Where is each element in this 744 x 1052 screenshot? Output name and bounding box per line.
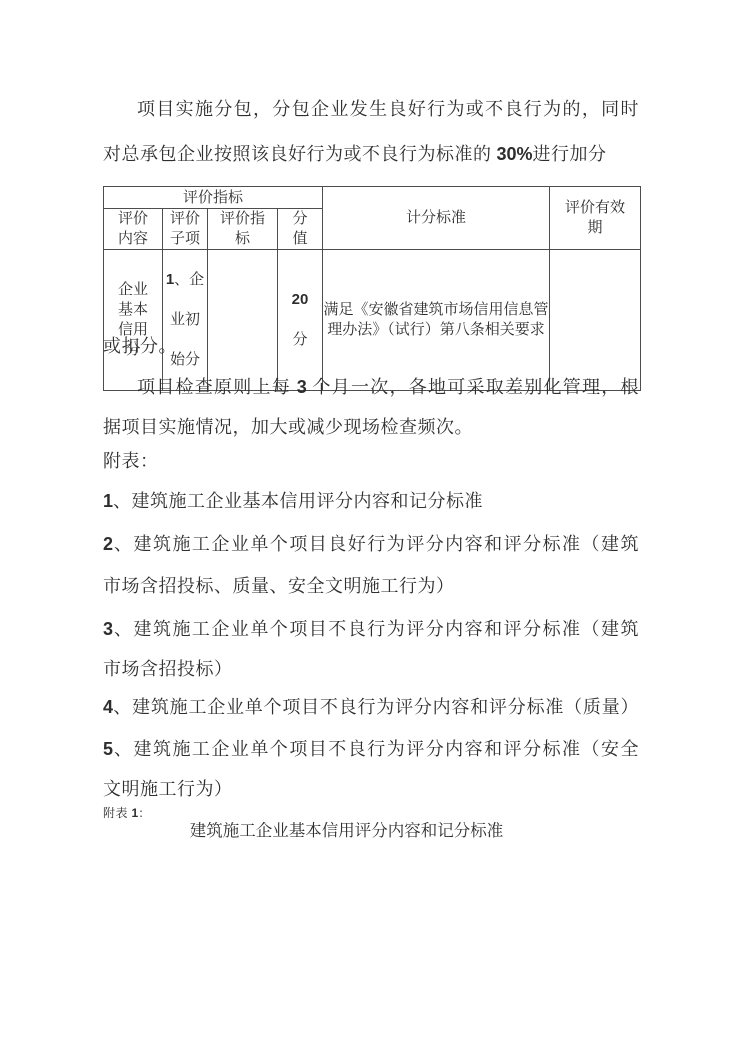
appendix-item-3-text-1: 、建筑施工企业单个项目不良行为评分内容和评分标准（建筑 [113,619,639,639]
header-eval-index: 评价指 标 [208,209,278,250]
appendix-item-3-text-2: 市场含招投标） [103,659,233,679]
appendix-item-4: 4、建筑施工企业单个项目不良行为评分内容和评分标准（质量） [103,696,639,718]
appendix-item-4-text: 、建筑施工企业单个项目不良行为评分内容和评分标准（质量） [113,697,639,717]
cell-eval-content: 企业 基本 信用 分 [104,250,163,391]
header-score: 分 值 [278,209,323,250]
intro-line-1: 项目实施分包，分包企业发生良好行为或不良行为的，同时 [103,98,639,120]
appendix-item-2-text-1: 、建筑施工企业单个项目良好行为评分内容和评分标准（建筑 [113,534,639,554]
header-eval-content: 评价 内容 [104,209,163,250]
cell-score: 20 分 [278,250,323,391]
table-header-row-1: 评价指标 计分标准 评价有效 期 [104,187,641,209]
subitem-line-1-rest: 、企 [174,272,204,288]
appendix1-pre: 附表 [103,806,132,820]
score-number: 20 [278,290,322,310]
appendix-item-3-line-2: 市场含招投标） [103,658,639,680]
appendix-item-1-number: 1 [103,491,113,511]
document-page: 项目实施分包，分包企业发生良好行为或不良行为的，同时 对总承包企业按照该良好行为… [0,0,744,1052]
appendix-label-text: 附表： [103,451,159,471]
inspection-line-1-number: 3 [297,377,307,397]
subitem-line-2: 业初 [163,310,207,330]
appendix-item-1-text: 、建筑施工企业基本信用评分内容和记分标准 [113,491,483,511]
appendix-label: 附表： [103,450,639,472]
appendix-item-5-number: 5 [103,739,113,759]
inspection-line-1-post: 个月一次，各地可采取差别化管理，根 [307,377,639,397]
scoring-table: 评价指标 计分标准 评价有效 期 评价 内容 评价 子项 评价指 标 分 值 企… [103,186,641,391]
appendix-item-2-number: 2 [103,534,113,554]
appendix-item-5-text-1: 、建筑施工企业单个项目不良行为评分内容和评分标准（安全 [113,739,639,759]
inspection-line-1: 项目检查原则上每 3 个月一次，各地可采取差别化管理，根 [103,376,639,398]
intro-line-2-pre: 对总承包企业按照该良好行为或不良行为标准的 [103,144,497,164]
appendix-item-2-text-2: 市场含招投标、质量、安全文明施工行为） [103,576,455,596]
appendix-item-5-line-1: 5、建筑施工企业单个项目不良行为评分内容和评分标准（安全 [103,738,639,760]
inspection-line-1-pre: 项目检查原则上每 [137,377,297,397]
inspection-line-2-text: 据项目实施情况，加大或减少现场检查频次。 [103,417,473,437]
after-table-text: 或扣分。 [103,336,177,356]
appendix1-label: 附表 1： [103,806,151,820]
cell-eval-index [208,250,278,391]
appendix-item-3-number: 3 [103,619,113,639]
cell-scoring-standard: 满足《安徽省建筑市场信用信息管 理办法》（试行）第八条相关要求 [323,250,550,391]
appendix-item-2-line-2: 市场含招投标、质量、安全文明施工行为） [103,575,639,597]
appendix-item-5-line-2: 文明施工行为） [103,778,639,800]
intro-line-2-number: 30% [497,144,533,164]
cell-valid-period [550,250,641,391]
intro-line-2-post: 进行加分 [533,144,607,164]
inspection-line-2: 据项目实施情况，加大或减少现场检查频次。 [103,416,639,438]
cell-eval-subitem: 1、企 业初 始分 [163,250,208,391]
page-title: 建筑施工企业基本信用评分内容和记分标准 [103,821,590,840]
appendix-item-2-line-1: 2、建筑施工企业单个项目良好行为评分内容和评分标准（建筑 [103,533,639,555]
appendix1-post: ： [138,806,151,820]
intro-line-2: 对总承包企业按照该良好行为或不良行为标准的 30%进行加分 [103,143,639,165]
after-table-line: 或扣分。 [103,335,639,357]
appendix-item-4-number: 4 [103,697,113,717]
header-valid-period: 评价有效 期 [550,187,641,250]
subitem-number: 1 [166,271,174,288]
header-eval-subitem: 评价 子项 [163,209,208,250]
appendix-item-5-text-2: 文明施工行为） [103,779,233,799]
intro-line-1-text: 项目实施分包，分包企业发生良好行为或不良行为的，同时 [137,99,639,119]
subitem-line-1: 1、企 [163,270,207,290]
header-scoring-standard: 计分标准 [323,187,550,250]
table-body-row: 企业 基本 信用 分 1、企 业初 始分 20 分 满足《安徽省建筑市场信用信息… [104,250,641,391]
appendix-item-1: 1、建筑施工企业基本信用评分内容和记分标准 [103,490,639,512]
header-eval-indicator: 评价指标 [104,187,323,209]
appendix-item-3-line-1: 3、建筑施工企业单个项目不良行为评分内容和评分标准（建筑 [103,618,639,640]
